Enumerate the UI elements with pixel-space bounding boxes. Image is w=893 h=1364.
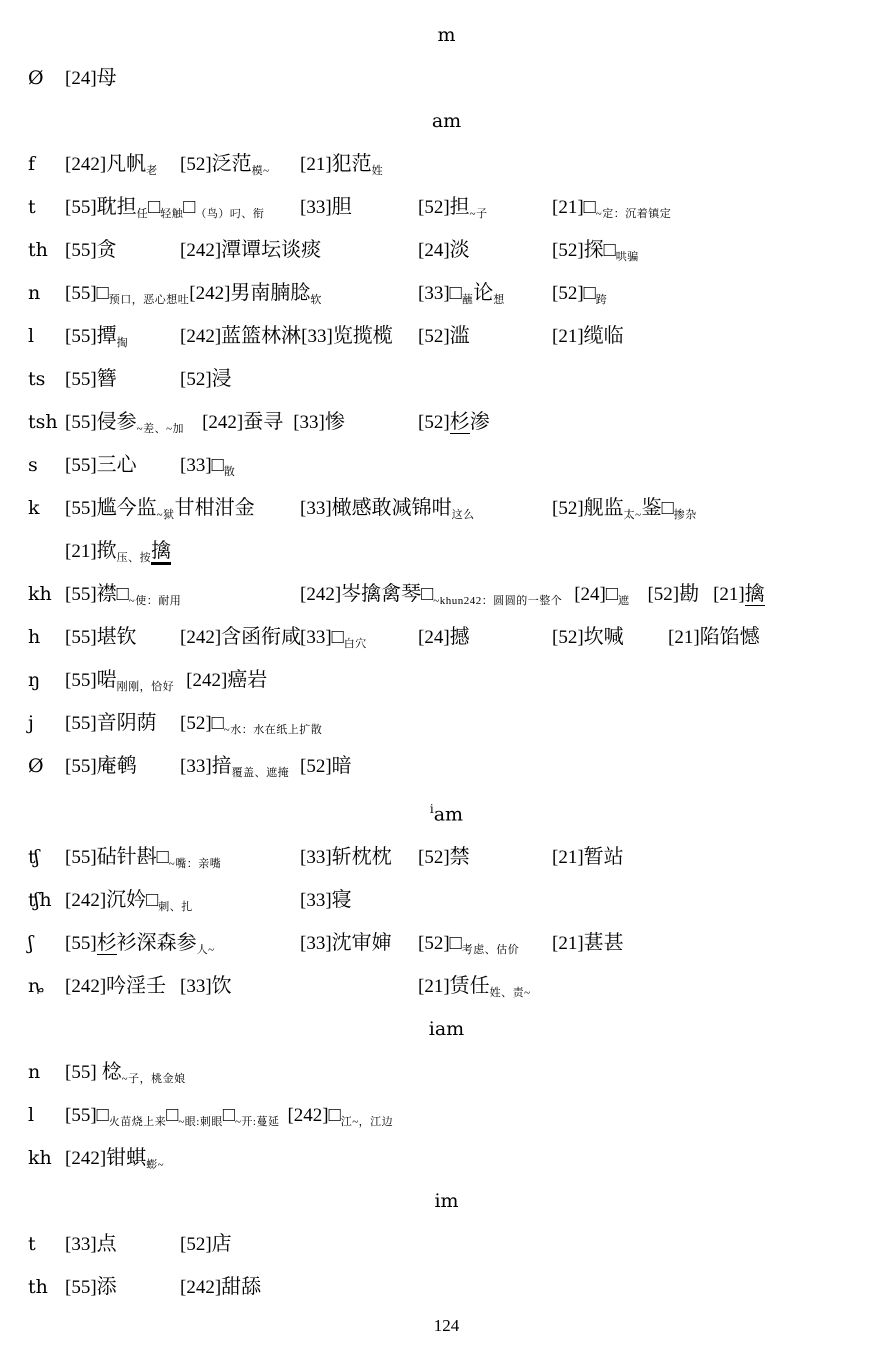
tone-label: [242] xyxy=(287,1105,328,1126)
syllable-entry: [242]吟淫壬 xyxy=(65,973,166,1001)
entry-cell: [33]□散 xyxy=(180,452,235,485)
tone-label: [33] xyxy=(180,976,212,997)
character-text: □ xyxy=(148,196,160,218)
character-text: 览揽榄 xyxy=(333,325,393,347)
entry-cell: [242]凡帆老 xyxy=(65,151,158,184)
entry-cell: [52]舰监太~鉴□掺杂 xyxy=(552,495,697,528)
syllable-entry: [33]橄感敢减锦咁这么 xyxy=(300,495,475,528)
entry-row: Ø[55]庵鹌[33]揞覆盖、遮掩[52]暗 xyxy=(0,753,893,779)
character-text: 潭谭坛谈痰 xyxy=(221,239,321,261)
syllable-entry: [55]三心 xyxy=(65,452,137,480)
character-text: 钳蜞 xyxy=(106,1147,146,1169)
tone-label: [52] xyxy=(180,154,212,175)
syllable-entry: [52]暗 xyxy=(300,753,352,781)
syllable-entry: [33]览揽榄 xyxy=(301,323,393,351)
tone-label: [52] xyxy=(180,1234,212,1255)
tone-label: [242] xyxy=(65,1148,106,1169)
gloss-annotation: 任 xyxy=(137,208,149,220)
gloss-annotation: 太~ xyxy=(624,509,642,521)
tone-label: [242] xyxy=(65,890,106,911)
gloss-annotation: 姓、责~ xyxy=(490,987,531,999)
tone-label: [33] xyxy=(300,498,332,519)
tone-label: [242] xyxy=(186,670,227,691)
entry-row: n[55]□预口，恶心想吐[242]男南腩腍软[33]□蘸论想[52]□跨 xyxy=(0,280,893,306)
entry-cell: [55]啱刚刚，恰好[242]癌岩 xyxy=(65,667,267,700)
character-text: 橄感敢减锦咁 xyxy=(332,497,452,519)
entry-cell: [33]揞覆盖、遮掩 xyxy=(180,753,289,786)
syllable-entry: [52]泛范模~ xyxy=(180,151,270,184)
tone-label: [52] xyxy=(300,756,332,777)
entries-area: mØ[24]母amf[242]凡帆老[52]泛范模~[21]犯范姓t[55]耽担… xyxy=(0,0,893,1300)
syllable-entry: [52]探□哄骗 xyxy=(552,237,639,270)
gloss-annotation: 预口，恶心想吐 xyxy=(109,294,190,306)
entry-cell: [55] 棯~子，桃金娘 xyxy=(65,1059,186,1092)
character-text: 赁任 xyxy=(450,975,490,997)
gloss-annotation: 轻触 xyxy=(160,208,183,220)
syllable-entry: [55]耽担任□轻触□（鸟）叼、衔 xyxy=(65,194,264,227)
initial-symbol: ʧ xyxy=(28,844,39,870)
character-text: 斩枕枕 xyxy=(332,846,392,868)
entry-row: s[55]三心[33]□散 xyxy=(0,452,893,478)
entry-cell: [52]□考虑、估价 xyxy=(418,930,519,963)
syllable-entry: [24]撼 xyxy=(418,624,470,652)
entry-cell: [55]砧针斟□~嘴：亲嘴 xyxy=(65,844,221,877)
syllable-entry: [33]沈审婶 xyxy=(300,930,392,958)
tone-label: [55] xyxy=(65,933,97,954)
character-text: 浸 xyxy=(212,368,232,390)
character-text: 惨 xyxy=(325,411,345,433)
entry-row: ȵ[242]吟淫壬[33]饮[21]赁任姓、责~ xyxy=(0,973,893,999)
entry-cell: [33]斩枕枕 xyxy=(300,844,392,872)
entry-cell: [33]沈审婶 xyxy=(300,930,392,958)
syllable-entry: [52]□~水：水在纸上扩散 xyxy=(180,710,322,743)
initial-symbol: kh xyxy=(28,581,52,607)
character-text: 母 xyxy=(97,67,117,89)
entry-cell: [52]禁 xyxy=(418,844,470,872)
character-text: 簪 xyxy=(97,368,117,390)
rhyme-section: imt[33]点[52]店th[55]添[242]甜舔 xyxy=(0,1188,893,1300)
syllable-entry: [24]淡 xyxy=(418,237,470,265)
tone-label: [33] xyxy=(180,756,212,777)
character-text: 添 xyxy=(97,1276,117,1298)
entry-cell: [33]□白穴 xyxy=(300,624,367,657)
tone-label: [55] xyxy=(65,197,97,218)
tone-label: [52] xyxy=(418,847,450,868)
entry-line: [55]啱刚刚，恰好[242]癌岩 xyxy=(65,667,893,693)
character-text: 三心 xyxy=(97,454,137,476)
entry-cell: [52]暗 xyxy=(300,753,352,781)
character-text: 含函衔咸 xyxy=(221,626,301,648)
character-text: 坎喊 xyxy=(584,626,624,648)
entry-line: [55]襟□~使：耐用[242]岑擒禽琴□~khun242：圆圆的一整个[24]… xyxy=(65,581,893,607)
tone-label: [52] xyxy=(180,369,212,390)
entry-line: [55]堪钦[242]含函衔咸[33]□白穴[24]撼[52]坎喊[21]陷馅憾 xyxy=(65,624,893,650)
entry-line: [33]点[52]店 xyxy=(65,1231,893,1257)
entry-cell: [33]点 xyxy=(65,1231,117,1259)
syllable-entry: [55]添 xyxy=(65,1274,117,1302)
character-text: □ xyxy=(329,1104,341,1126)
entry-row: k[55]尴今监~狱甘柑泔金[33]橄感敢减锦咁这么[52]舰监太~鉴□掺杂[2… xyxy=(0,495,893,564)
entry-row: th[55]添[242]甜舔 xyxy=(0,1274,893,1300)
character-text: 饮 xyxy=(212,975,232,997)
entry-cell: [52]店 xyxy=(180,1231,232,1259)
entry-cell: [21]暂站 xyxy=(552,844,624,872)
initial-symbol: l xyxy=(28,323,34,349)
syllable-entry: [21]陷馅憾 xyxy=(668,624,760,652)
tone-label: [24] xyxy=(574,584,606,605)
initial-symbol: th xyxy=(28,237,48,263)
entry-line: [242]吟淫壬[33]饮[21]赁任姓、责~ xyxy=(65,973,893,999)
initial-symbol: ȵ xyxy=(28,973,44,999)
entry-line: [242]沉妗□刺、扎[33]寝 xyxy=(65,887,893,913)
tone-label: [21] xyxy=(552,326,584,347)
character-text: 擒 xyxy=(151,540,171,565)
character-text: 胆 xyxy=(332,196,352,218)
entry-cell: [52]坎喊 xyxy=(552,624,624,652)
entry-row: ʧh[242]沉妗□刺、扎[33]寝 xyxy=(0,887,893,913)
entry-row: th[55]贪[242]潭谭坛谈痰[24]淡[52]探□哄骗 xyxy=(0,237,893,263)
character-text: 甜舔 xyxy=(221,1276,261,1298)
entry-cell: [55]杉衫深森参人~ xyxy=(65,930,215,963)
entry-line: [55]贪[242]潭谭坛谈痰[24]淡[52]探□哄骗 xyxy=(65,237,893,263)
entry-cell: [55]耽担任□轻触□（鸟）叼、衔 xyxy=(65,194,264,227)
entry-cell: [55]尴今监~狱甘柑泔金 xyxy=(65,495,255,528)
character-text: □ xyxy=(450,282,462,304)
entry-cell: [55]□预口，恶心想吐[242]男南腩腍软 xyxy=(65,280,322,313)
entry-cell: [21]赁任姓、责~ xyxy=(418,973,531,1006)
initial-symbol: ts xyxy=(28,366,45,392)
gloss-annotation: 姓 xyxy=(372,165,384,177)
syllable-entry: [33]饮 xyxy=(180,973,232,1001)
tone-label: [33] xyxy=(300,933,332,954)
gloss-annotation: 火苗烧上来 xyxy=(109,1116,167,1128)
tone-label: [52] xyxy=(552,627,584,648)
entry-line: [242]钳蜞蟛~ xyxy=(65,1145,893,1171)
syllable-entry: [55]庵鹌 xyxy=(65,753,137,781)
tone-label: [33] xyxy=(300,890,332,911)
tone-label: [33] xyxy=(300,847,332,868)
syllable-entry: [242]癌岩 xyxy=(186,667,267,695)
character-text: 男南腩腍 xyxy=(230,282,310,304)
syllable-entry: [55]□火苗烧上来□~眼:刺眼□~开:蔓延 xyxy=(65,1102,279,1135)
character-text: □ xyxy=(584,196,596,218)
initial-symbol: ʧh xyxy=(28,887,52,913)
gloss-annotation: 覆盖、遮掩 xyxy=(232,767,290,779)
initial-symbol: tsh xyxy=(28,409,58,435)
character-text: 擒 xyxy=(745,583,765,606)
gloss-annotation: 散 xyxy=(224,466,236,478)
entry-cell: [21]犯范姓 xyxy=(300,151,383,184)
syllable-entry: [55]音阴荫 xyxy=(65,710,157,738)
character-text: □ xyxy=(97,282,109,304)
syllable-entry: [52]□跨 xyxy=(552,280,607,313)
entry-cell: [242]岑擒禽琴□~khun242：圆圆的一整个[24]□遮[52]勘[21]… xyxy=(300,581,765,614)
syllable-entry: [21]赁任姓、责~ xyxy=(418,973,531,1006)
character-text: □ xyxy=(212,712,224,734)
entry-cell: [242]含函衔咸 xyxy=(180,624,301,652)
syllable-entry: [55]簪 xyxy=(65,366,117,394)
character-text: 寝 xyxy=(332,889,352,911)
entry-cell: [52]□跨 xyxy=(552,280,607,313)
syllable-entry: [52]禁 xyxy=(418,844,470,872)
rhyme-section-header: am xyxy=(0,108,893,134)
syllable-entry: [55]贪 xyxy=(65,237,117,265)
character-text: □ xyxy=(166,1104,178,1126)
tone-label: [55] xyxy=(65,756,97,777)
character-text: 尴今监 xyxy=(97,497,157,519)
entry-cell: [242]蓝篮林淋[33]览揽榄 xyxy=(180,323,393,351)
tone-label: [52] xyxy=(552,240,584,261)
entry-line: [55]□预口，恶心想吐[242]男南腩腍软[33]□蘸论想[52]□跨 xyxy=(65,280,893,306)
syllable-entry: [21]犯范姓 xyxy=(300,151,383,184)
tone-label: [21] xyxy=(552,933,584,954)
tone-label: [33] xyxy=(300,627,332,648)
tone-label: [21] xyxy=(418,976,450,997)
gloss-annotation: 蟛~ xyxy=(146,1159,164,1171)
entry-line: [242]凡帆老[52]泛范模~[21]犯范姓 xyxy=(65,151,893,177)
tone-label: [55] xyxy=(65,498,97,519)
character-text: 凡帆 xyxy=(106,153,146,175)
syllable-entry: [33]惨 xyxy=(293,409,345,437)
syllable-entry: [242]甜舔 xyxy=(180,1274,261,1302)
syllable-entry: [52]坎喊 xyxy=(552,624,624,652)
initial-symbol: h xyxy=(28,624,40,650)
character-text: 泛范 xyxy=(212,153,252,175)
tone-label: [55] xyxy=(65,283,97,304)
character-text: 撼 xyxy=(450,626,470,648)
initial-symbol: f xyxy=(28,151,35,177)
character-text: 点 xyxy=(97,1233,117,1255)
entry-cell: [21]缆临 xyxy=(552,323,624,351)
character-text: 甘柑泔金 xyxy=(175,497,255,519)
entry-row: kh[55]襟□~使：耐用[242]岑擒禽琴□~khun242：圆圆的一整个[2… xyxy=(0,581,893,607)
tone-label: [55] xyxy=(65,627,97,648)
initial-symbol: ʃ xyxy=(28,930,33,956)
character-text: □ xyxy=(606,583,618,605)
syllable-entry: [242]男南腩腍软 xyxy=(189,280,322,313)
gloss-annotation: ~khun242：圆圆的一整个 xyxy=(433,595,562,607)
entry-cell: [55]添 xyxy=(65,1274,117,1302)
character-text: 揞 xyxy=(212,755,232,777)
tone-label: [55] xyxy=(65,1062,97,1083)
entry-row: Ø[24]母 xyxy=(0,65,893,91)
entry-cell: [52]浸 xyxy=(180,366,232,394)
character-text: 砧针斟□ xyxy=(97,846,169,868)
character-text: 杉 xyxy=(97,932,117,955)
entry-line: [24]母 xyxy=(65,65,893,91)
entry-cell: [55]庵鹌 xyxy=(65,753,137,781)
entry-cell: [55]音阴荫 xyxy=(65,710,157,738)
rhyme-section: amf[242]凡帆老[52]泛范模~[21]犯范姓t[55]耽担任□轻触□（鸟… xyxy=(0,108,893,779)
rhyme-header-superscript: i xyxy=(430,802,434,816)
syllable-entry: [52]舰监太~鉴□掺杂 xyxy=(552,495,697,528)
character-text: □ xyxy=(332,626,344,648)
syllable-entry: [33]斩枕枕 xyxy=(300,844,392,872)
gloss-annotation: （鸟）叼、衔 xyxy=(195,208,264,220)
character-text: □ xyxy=(97,1104,109,1126)
entry-cell: [21]陷馅憾 xyxy=(668,624,760,652)
entry-cell: [55]侵参~差、~加[242]蚕寻[33]惨 xyxy=(65,409,345,442)
entry-line: [55]三心[33]□散 xyxy=(65,452,893,478)
tone-label: [55] xyxy=(65,412,97,433)
gloss-annotation: 软 xyxy=(310,294,322,306)
tone-label: [52] xyxy=(418,326,450,347)
syllable-entry: [55]砧针斟□~嘴：亲嘴 xyxy=(65,844,221,877)
rhyme-section-header: iam xyxy=(0,1016,893,1042)
gloss-annotation: ~开:蔓延 xyxy=(235,1116,280,1128)
character-text: 渗 xyxy=(470,411,490,433)
entry-line: [55]簪[52]浸 xyxy=(65,366,893,392)
tone-label: [55] xyxy=(65,1277,97,1298)
entry-cell: [21]揿压、按擒 xyxy=(65,538,171,571)
entry-line: [55]添[242]甜舔 xyxy=(65,1274,893,1300)
syllable-entry: [55]堪钦 xyxy=(65,624,137,652)
initial-symbol: ŋ xyxy=(28,667,40,693)
syllable-entry: [21]揿压、按擒 xyxy=(65,538,171,571)
character-text: 探□ xyxy=(584,239,616,261)
entry-cell: [55]襟□~使：耐用 xyxy=(65,581,181,614)
initial-symbol: n xyxy=(28,280,40,306)
syllable-entry: [55]杉衫深森参人~ xyxy=(65,930,215,963)
syllable-entry: [55]□预口，恶心想吐 xyxy=(65,280,189,313)
character-text: 癌岩 xyxy=(227,669,267,691)
entry-row: ŋ[55]啱刚刚，恰好[242]癌岩 xyxy=(0,667,893,693)
tone-label: [21] xyxy=(552,197,584,218)
tone-label: [52] xyxy=(180,713,212,734)
entry-cell: [24]淡 xyxy=(418,237,470,265)
entry-cell: [242]吟淫壬 xyxy=(65,973,166,1001)
syllable-entry: [33]寝 xyxy=(300,887,352,915)
syllable-entry: [21]□~定：沉着镇定 xyxy=(552,194,671,227)
syllable-entry: [242]钳蜞蟛~ xyxy=(65,1145,164,1178)
initial-symbol: t xyxy=(28,1231,36,1257)
character-text: 淡 xyxy=(450,239,470,261)
rhyme-section: iamʧ[55]砧针斟□~嘴：亲嘴[33]斩枕枕[52]禁[21]暂站ʧh[24… xyxy=(0,796,893,999)
entry-cell: [55]撢掏 xyxy=(65,323,128,356)
initial-symbol: Ø xyxy=(28,753,44,779)
syllable-entry: [33]胆 xyxy=(300,194,352,222)
character-text: 蚕寻 xyxy=(243,411,283,433)
gloss-annotation: 模~ xyxy=(252,165,270,177)
gloss-annotation: 刚刚，恰好 xyxy=(117,681,175,693)
syllable-entry: [21]擒 xyxy=(713,581,765,609)
initial-symbol: t xyxy=(28,194,36,220)
entry-cell: [55]三心 xyxy=(65,452,137,480)
character-text: □ xyxy=(212,454,224,476)
gloss-annotation: 想 xyxy=(493,294,505,306)
syllable-entry: [242]蓝篮林淋 xyxy=(180,323,301,351)
tone-label: [242] xyxy=(65,976,106,997)
syllable-entry: [55]襟□~使：耐用 xyxy=(65,581,181,614)
syllable-entry: [242]□江~，江边 xyxy=(287,1102,393,1135)
rhyme-section-header: m xyxy=(0,22,893,48)
entry-cell: [55]□火苗烧上来□~眼:刺眼□~开:蔓延[242]□江~，江边 xyxy=(65,1102,393,1135)
gloss-annotation: ~嘴：亲嘴 xyxy=(169,858,221,870)
character-text: 勘 xyxy=(679,583,699,605)
syllable-entry: [55]侵参~差、~加 xyxy=(65,409,184,442)
gloss-annotation: ~眼:刺眼 xyxy=(178,1116,223,1128)
entry-row: l[55]□火苗烧上来□~眼:刺眼□~开:蔓延[242]□江~，江边 xyxy=(0,1102,893,1128)
tone-label: [52] xyxy=(418,197,450,218)
entry-line: [55]庵鹌[33]揞覆盖、遮掩[52]暗 xyxy=(65,753,893,779)
tone-label: [33] xyxy=(301,326,333,347)
character-text: 棯 xyxy=(97,1061,122,1083)
entry-cell: [55]簪 xyxy=(65,366,117,394)
initial-symbol: k xyxy=(28,495,40,521)
character-text: 滥 xyxy=(450,325,470,347)
entry-cell: [33]寝 xyxy=(300,887,352,915)
character-text: 缆临 xyxy=(584,325,624,347)
tone-label: [21] xyxy=(552,847,584,868)
entry-row: ʃ[55]杉衫深森参人~[33]沈审婶[52]□考虑、估价[21]葚甚 xyxy=(0,930,893,956)
tone-label: [242] xyxy=(180,326,221,347)
character-text: 蓝篮林淋 xyxy=(221,325,301,347)
tone-label: [21] xyxy=(65,541,97,562)
character-text: □ xyxy=(584,282,596,304)
entry-row: f[242]凡帆老[52]泛范模~[21]犯范姓 xyxy=(0,151,893,177)
entry-line: [21]揿压、按擒 xyxy=(65,538,893,564)
gloss-annotation: 老 xyxy=(146,165,158,177)
rhyme-section-header: im xyxy=(0,1188,893,1214)
entry-row: t[55]耽担任□轻触□（鸟）叼、衔[33]胆[52]担~子[21]□~定：沉着… xyxy=(0,194,893,220)
tone-label: [24] xyxy=(418,240,450,261)
initial-symbol: n xyxy=(28,1059,40,1085)
character-text: □ xyxy=(450,932,462,954)
entry-row: ʧ[55]砧针斟□~嘴：亲嘴[33]斩枕枕[52]禁[21]暂站 xyxy=(0,844,893,870)
entry-line: [55]尴今监~狱甘柑泔金[33]橄感敢减锦咁这么[52]舰监太~鉴□掺杂 xyxy=(65,495,893,521)
initial-symbol: Ø xyxy=(28,65,44,91)
entry-row: n[55] 棯~子，桃金娘 xyxy=(0,1059,893,1085)
syllable-entry: [24]□遮 xyxy=(574,581,629,614)
entry-cell: [52]泛范模~ xyxy=(180,151,270,184)
syllable-entry: [52]勘 xyxy=(647,581,699,609)
gloss-annotation: ~定：沉着镇定 xyxy=(596,208,671,220)
tone-label: [33] xyxy=(65,1234,97,1255)
rhyme-section: iamn[55] 棯~子，桃金娘l[55]□火苗烧上来□~眼:刺眼□~开:蔓延[… xyxy=(0,1016,893,1171)
entry-cell: [33]□蘸论想 xyxy=(418,280,505,313)
entry-cell: [242]钳蜞蟛~ xyxy=(65,1145,164,1178)
character-text: 侵参 xyxy=(97,411,137,433)
entry-cell: [24]母 xyxy=(65,65,117,93)
character-text: 葚甚 xyxy=(584,932,624,954)
gloss-annotation: 刺、扎 xyxy=(158,901,193,913)
entry-cell: [55]贪 xyxy=(65,237,117,265)
entry-cell: [242]沉妗□刺、扎 xyxy=(65,887,193,920)
tone-label: [55] xyxy=(65,455,97,476)
entry-cell: [52]担~子 xyxy=(418,194,488,227)
syllable-entry: [55]啱刚刚，恰好 xyxy=(65,667,174,700)
entry-cell: [33]胆 xyxy=(300,194,352,222)
entry-line: [55]耽担任□轻触□（鸟）叼、衔[33]胆[52]担~子[21]□~定：沉着镇… xyxy=(65,194,893,220)
initial-symbol: j xyxy=(28,710,34,736)
gloss-annotation: ~使：耐用 xyxy=(129,595,181,607)
character-text: 犯范 xyxy=(332,153,372,175)
entry-cell: [55]堪钦 xyxy=(65,624,137,652)
character-text: 鉴□ xyxy=(642,497,674,519)
entry-row: ts[55]簪[52]浸 xyxy=(0,366,893,392)
character-text: 岑擒禽琴□ xyxy=(341,583,433,605)
syllable-entry: [55]撢掏 xyxy=(65,323,128,356)
tone-label: [242] xyxy=(65,154,106,175)
gloss-annotation: 哄骗 xyxy=(616,251,639,263)
tone-label: [242] xyxy=(180,1277,221,1298)
gloss-annotation: ~差、~加 xyxy=(137,423,184,435)
entry-cell: [52]杉渗 xyxy=(418,409,490,437)
entry-row: kh[242]钳蜞蟛~ xyxy=(0,1145,893,1171)
syllable-entry: [52]□考虑、估价 xyxy=(418,930,519,963)
tone-label: [33] xyxy=(293,412,325,433)
tone-label: [21] xyxy=(713,584,745,605)
